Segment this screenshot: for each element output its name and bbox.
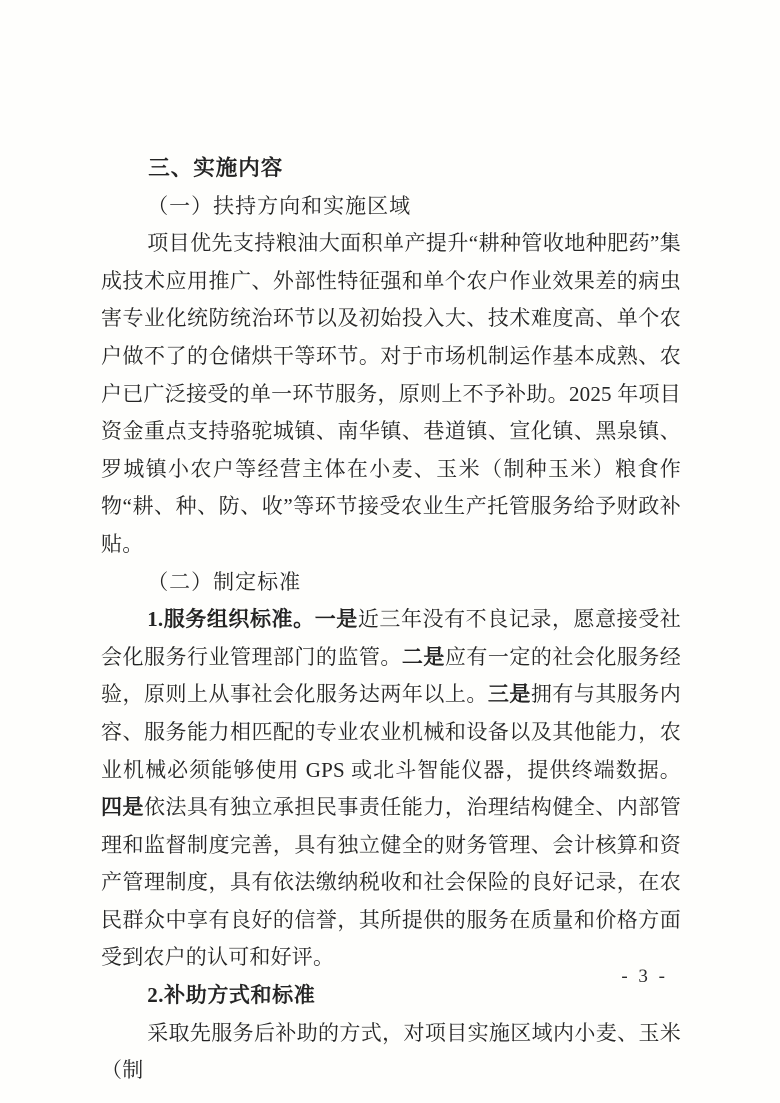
text-run: 一是 bbox=[315, 607, 358, 631]
text-run: 依法具有独立承担民事责任能力，治理结构健全、内部管理和监督制度完善，具有独立健全… bbox=[101, 795, 681, 969]
paragraph-support-direction: 项目优先支持粮油大面积单产提升“耕种管收地种肥药”集成技术应用推广、外部性特征强… bbox=[101, 225, 681, 563]
paragraph-service-org-standard: 1.服务组织标准。一是近三年没有不良记录，愿意接受社会化服务行业管理部门的监管。… bbox=[101, 601, 681, 977]
subheading-standards: （二）制定标准 bbox=[101, 564, 681, 602]
paragraph-subsidy-method: 采取先服务后补助的方式，对项目实施区域内小麦、玉米（制 bbox=[101, 1015, 681, 1090]
page-number: - 3 - bbox=[621, 966, 668, 988]
document-heading: 三、实施内容 bbox=[101, 150, 681, 188]
document-body: 三、实施内容（一）扶持方向和实施区域项目优先支持粮油大面积单产提升“耕种管收地种… bbox=[101, 150, 681, 1090]
text-run: （二）制定标准 bbox=[147, 570, 301, 594]
document-page: 三、实施内容（一）扶持方向和实施区域项目优先支持粮油大面积单产提升“耕种管收地种… bbox=[0, 0, 780, 1103]
text-run: 四是 bbox=[101, 795, 144, 819]
heading-subsidy-method: 2.补助方式和标准 bbox=[101, 977, 681, 1015]
text-run: 三是 bbox=[488, 682, 531, 706]
text-run: 项目优先支持粮油大面积单产提升“耕种管收地种肥药”集成技术应用推广、外部性特征强… bbox=[101, 231, 681, 556]
text-run: 三、实施内容 bbox=[148, 156, 283, 181]
text-run: 2.补助方式和标准 bbox=[147, 983, 315, 1007]
text-run: 二是 bbox=[402, 645, 445, 669]
text-run: 1.服务组织标准。 bbox=[147, 607, 315, 631]
text-run: 采取先服务后补助的方式，对项目实施区域内小麦、玉米（制 bbox=[101, 1021, 681, 1083]
text-run: （一）扶持方向和实施区域 bbox=[147, 194, 411, 218]
subheading-support-direction: （一）扶持方向和实施区域 bbox=[101, 188, 681, 226]
